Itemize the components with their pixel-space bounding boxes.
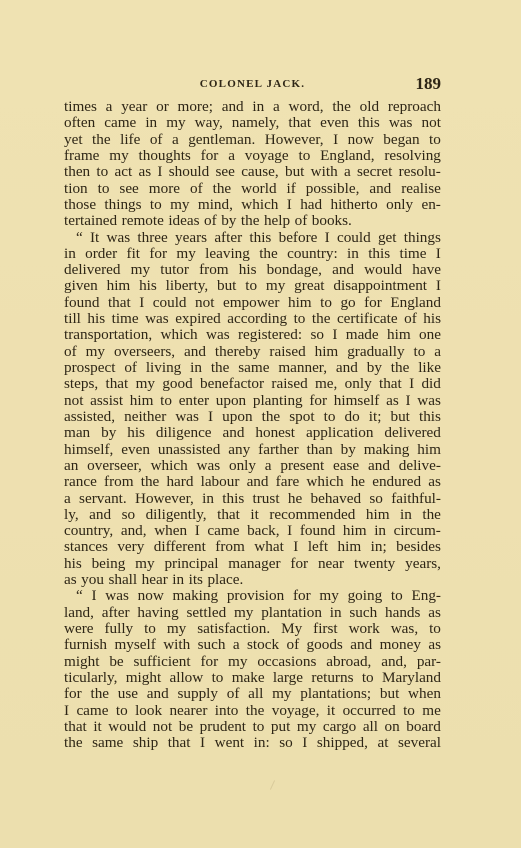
word: found [64,295,99,311]
word: only [345,376,372,392]
word: trust [253,491,280,507]
word: more [149,181,180,197]
word: shipped, [317,735,368,751]
word: in [347,246,359,262]
word: as [386,393,399,409]
word: the [391,360,410,376]
word: the [262,409,281,425]
word: be [109,654,123,670]
word: making [364,442,410,458]
word: its [189,572,203,588]
word: a [265,458,272,474]
word: times [64,99,97,115]
word: certificate [337,311,398,327]
word: had [300,197,322,213]
word: several [398,735,441,751]
word: was [105,588,129,604]
word: him [288,295,312,311]
word: be [179,719,193,735]
word: land, [64,605,94,621]
text-line: aservant.However,inthistrusthebehavedsof… [64,491,441,507]
word: namely, [232,115,280,131]
word: “ [76,588,83,604]
word: according [227,311,287,327]
word: I [332,327,337,343]
word: frame [64,148,99,164]
word: myself [114,637,155,653]
word: the [64,735,83,751]
word: tertained [64,213,117,229]
word: circum- [394,523,441,539]
word: and [332,262,354,278]
word: settled [187,605,227,621]
word: voyage, [272,703,320,719]
word: this [368,246,390,262]
word: not [195,295,214,311]
word: besides [396,539,441,555]
word: order [85,246,117,262]
word: such [198,637,226,653]
word: in [252,99,264,115]
word: thoughts [139,148,191,164]
text-line: werefullytomysatisfaction.Myfirstworkwas… [64,621,441,637]
word: of [295,213,308,229]
text-line: ofmyoverseers,andtherebyraisedhimgradual… [64,344,441,360]
word: sufficient [134,654,191,670]
word: I [200,735,205,751]
text-line: transportation,whichwasregistered:soImad… [64,327,441,343]
word: after [102,605,130,621]
word: or [156,99,169,115]
word: being [92,556,126,572]
word: should [169,164,210,180]
word: and, [121,523,147,539]
word: then [64,164,90,180]
word: in [400,507,412,523]
word: with [311,164,338,180]
word: delive- [399,458,441,474]
word: time [399,246,426,262]
word: my [170,197,189,213]
text-line: mightbesufficientformyoccasionsabroad,an… [64,654,441,670]
word: ly, [64,507,79,523]
page-header: COLONEL JACK. 189 [64,74,441,94]
word: him [343,523,367,539]
word: the [213,181,232,197]
word: not [64,393,83,409]
word: raised [271,376,307,392]
word: my [167,621,186,637]
word: year [121,99,147,115]
text-line: country,and,whenIcameback,Ifoundhimincir… [64,523,441,539]
word: would [108,719,146,735]
word: the [332,99,351,115]
word: I [91,588,96,604]
word: I [287,523,292,539]
word: a [434,344,441,360]
word: returns [311,670,353,686]
word: I [139,295,144,311]
word: my [297,719,316,735]
word: resolving [384,148,441,164]
word: often [64,115,95,131]
word: to [429,621,441,637]
word: could [337,230,371,246]
word: and [336,360,358,376]
word: this [249,230,271,246]
word: what [254,539,284,555]
word: from [199,262,229,278]
word: this [419,409,441,425]
word: for [290,556,308,572]
word: of [64,344,77,360]
word: I [436,246,441,262]
word: near [318,556,344,572]
word: tion [64,181,88,197]
word: his [423,311,441,327]
word: disappointment [333,278,427,294]
word: liberty, [166,278,208,294]
word: principal [164,556,218,572]
word: goods [307,637,343,653]
word: fit [127,246,141,262]
body-text: timesayearormore;andinaword,theoldreproa… [64,99,441,752]
word: back, [247,523,279,539]
word: that [379,376,402,392]
word: might [64,654,99,670]
word: make [232,670,265,686]
word: so [369,491,383,507]
word: realise [401,181,441,197]
word: having [137,605,178,621]
word: he [351,474,365,490]
word: till [64,311,81,327]
word: labour [201,474,240,490]
word: if [287,181,296,197]
word: overseers, [114,344,175,360]
word: occurred [343,703,396,719]
word: from [104,474,134,490]
word: was [145,311,169,327]
text-line: thosethingstomymind,whichIhadhithertoonl… [64,197,441,213]
word: now [348,132,374,148]
word: in [330,605,342,621]
text-line: timesayearormore;andinaword,theoldreproa… [64,99,441,115]
word: yet [64,132,83,148]
text-line: “ItwasthreeyearsafterthisbeforeIcouldget… [64,230,441,246]
word: help [264,213,290,229]
word: as [428,637,441,653]
word: to [362,670,374,686]
word: honest [255,425,295,441]
text-line: givenhimhisliberty,buttomygreatdisappoin… [64,278,441,294]
word: him [107,278,131,294]
word: but [390,409,409,425]
word: first [313,621,337,637]
word: my [109,148,128,164]
word: for [64,686,82,702]
text-line: thesameshipthatIwentin:soIshipped,atseve… [64,735,441,751]
text-line: rancefromthehardlabourandfarewhichheendu… [64,474,441,490]
text-line: foundthatIcouldnotempowerhimtogoforEngla… [64,295,441,311]
word: even [121,442,150,458]
word: for [309,393,327,409]
word: ease [333,458,359,474]
word: things [104,197,141,213]
word: time [112,311,139,327]
word: registered: [238,327,302,343]
word: I [302,735,307,751]
word: However, [135,491,194,507]
word: large [273,670,303,686]
word: my [135,556,154,572]
word: hard [166,474,193,490]
word: so [279,735,293,751]
word: manager [228,556,280,572]
word: one [419,327,441,343]
word: gentleman. [188,132,255,148]
word: delivered [384,425,441,441]
word: when [154,523,187,539]
word: only [386,197,413,213]
word: were [64,621,94,637]
word: given [64,278,98,294]
word: possible, [306,181,360,197]
word: ticularly, [64,670,117,686]
word: the [241,213,260,229]
word: that [168,735,191,751]
word: diligently, [146,507,207,523]
page-number: 189 [416,74,442,94]
word: in [190,360,202,376]
word: furnish [64,637,107,653]
word: was [417,393,441,409]
word: However, [265,132,324,148]
word: life [120,132,140,148]
word: thereby [215,344,261,360]
word: hitherto [330,197,377,213]
word: ideas [168,213,199,229]
word: plantation [261,605,322,621]
text-line: deliveredmytutorfromhisbondage,andwouldh… [64,262,441,278]
text-line: himself,evenunassistedanyfartherthanbyma… [64,442,441,458]
word: look [135,703,162,719]
word: that [64,719,87,735]
word: reproach [388,99,441,115]
word: man [64,425,90,441]
word: I [208,409,213,425]
word: himself, [64,442,113,458]
word: which [306,474,343,490]
word: resolu- [399,164,441,180]
word: the [312,311,331,327]
paper-blemish [270,780,275,789]
word: steps, [64,376,98,392]
word: my [166,115,185,131]
word: the [259,246,278,262]
word: I [287,197,292,213]
word: gradually [347,344,404,360]
word: after [214,230,242,246]
word: than [307,442,333,458]
word: and [368,458,390,474]
word: diligence [156,425,212,441]
text-line: manbyhisdiligenceandhonestapplicationdel… [64,425,441,441]
word: act [115,164,133,180]
word: Eng- [411,588,441,604]
word: the [246,703,265,719]
word: mind, [198,197,233,213]
word: It [90,230,99,246]
word: by [367,360,382,376]
word: enter [179,393,209,409]
word: to [253,719,265,735]
word: use [118,686,138,702]
word: tutor [160,262,189,278]
word: which [161,327,198,343]
word: from [215,539,245,555]
word: at [377,735,388,751]
word: the [422,507,441,523]
word: to [294,311,306,327]
word: a [344,164,351,180]
word: came [207,523,239,539]
word: behaved [310,491,361,507]
word: I [436,278,441,294]
word: might [126,670,161,686]
word: and [89,507,111,523]
word: by [101,425,116,441]
word: and [222,99,244,115]
word: with [163,637,190,653]
word: overseer, [87,458,142,474]
word: place. [207,572,243,588]
word: the [90,686,109,702]
word: this [222,491,244,507]
word: plantations; [300,686,371,702]
word: going [348,588,383,604]
word: for [364,295,382,311]
word: it [327,703,335,719]
word: to [391,588,403,604]
word: him [130,393,154,409]
word: I [333,132,338,148]
text-line: thentoactasIshouldseecause,butwithasecre… [64,164,441,180]
word: and [369,181,391,197]
word: and [350,637,372,653]
word: of [150,132,163,148]
word: made [346,327,379,343]
word: to [98,181,110,197]
text-line: anoverseer,whichwasonlyapresenteaseandde… [64,458,441,474]
word: in [172,572,184,588]
word: bondage, [267,262,322,278]
word: as [428,605,441,621]
text-line: ticularly,mightallowtomakelargereturnsto… [64,670,441,686]
word: fare [276,474,300,490]
word: the [211,360,230,376]
word: into [215,703,239,719]
text-line: “IwasnowmakingprovisionformygoingtoEng- [64,588,441,604]
word: began [383,132,419,148]
word: to [212,670,224,686]
word: in: [254,735,270,751]
word: secret [357,164,392,180]
word: to [150,197,162,213]
word: England, [320,148,374,164]
book-page: COLONEL JACK. 189 timesayearormore;andin… [0,0,521,848]
word: upon [216,393,246,409]
word: “ [76,230,83,246]
word: manner, [278,360,327,376]
word: stock [247,637,279,653]
word: present [280,458,324,474]
word: of [286,637,299,653]
word: his [139,278,157,294]
word: application [306,425,373,441]
word: for [201,148,219,164]
text-line: oftencameinmyway,namely,thateventhiswasn… [64,115,441,131]
word: went [215,735,245,751]
word: his [87,311,105,327]
word: different [154,539,206,555]
word: the [141,474,160,490]
word: it; [369,409,382,425]
word: servant. [79,491,127,507]
text-line: tertainedremoteideasofbythehelpofbooks. [64,213,441,229]
word: good [162,376,192,392]
text-line: inorderfitformyleavingthecountry:inthist… [64,246,441,262]
word: him [366,507,390,523]
word: transportation, [64,327,152,343]
word: farther [258,442,298,458]
word: old [360,99,379,115]
word: was [175,409,199,425]
word: I [405,393,410,409]
word: rance [64,474,97,490]
text-line: thatitwouldnotbeprudenttoputmycargoallon… [64,719,441,735]
word: go [340,295,355,311]
word: to [116,703,128,719]
word: left [308,539,328,555]
word: My [281,621,302,637]
text-line: prospectoflivinginthesamemanner,andbythe… [64,360,441,376]
word: of [124,360,137,376]
word: delivered [64,262,121,278]
word: in [145,115,157,131]
word: word, [289,99,324,115]
word: remote [122,213,164,229]
word: shall [108,572,137,588]
word: endured [372,474,421,490]
word: hands [385,605,420,621]
text-line: tillhistimewasexpiredaccordingtothecerti… [64,311,441,327]
word: I [325,230,330,246]
word: came [76,703,108,719]
word: on [385,719,400,735]
word: to [144,621,156,637]
word: was [389,115,413,131]
word: same [238,360,269,376]
word: any [228,442,250,458]
word: to [298,148,310,164]
word: get [378,230,397,246]
word: did [421,376,440,392]
word: see [119,181,138,197]
word: to [160,393,172,409]
word: by [341,442,356,458]
word: this [358,115,380,131]
